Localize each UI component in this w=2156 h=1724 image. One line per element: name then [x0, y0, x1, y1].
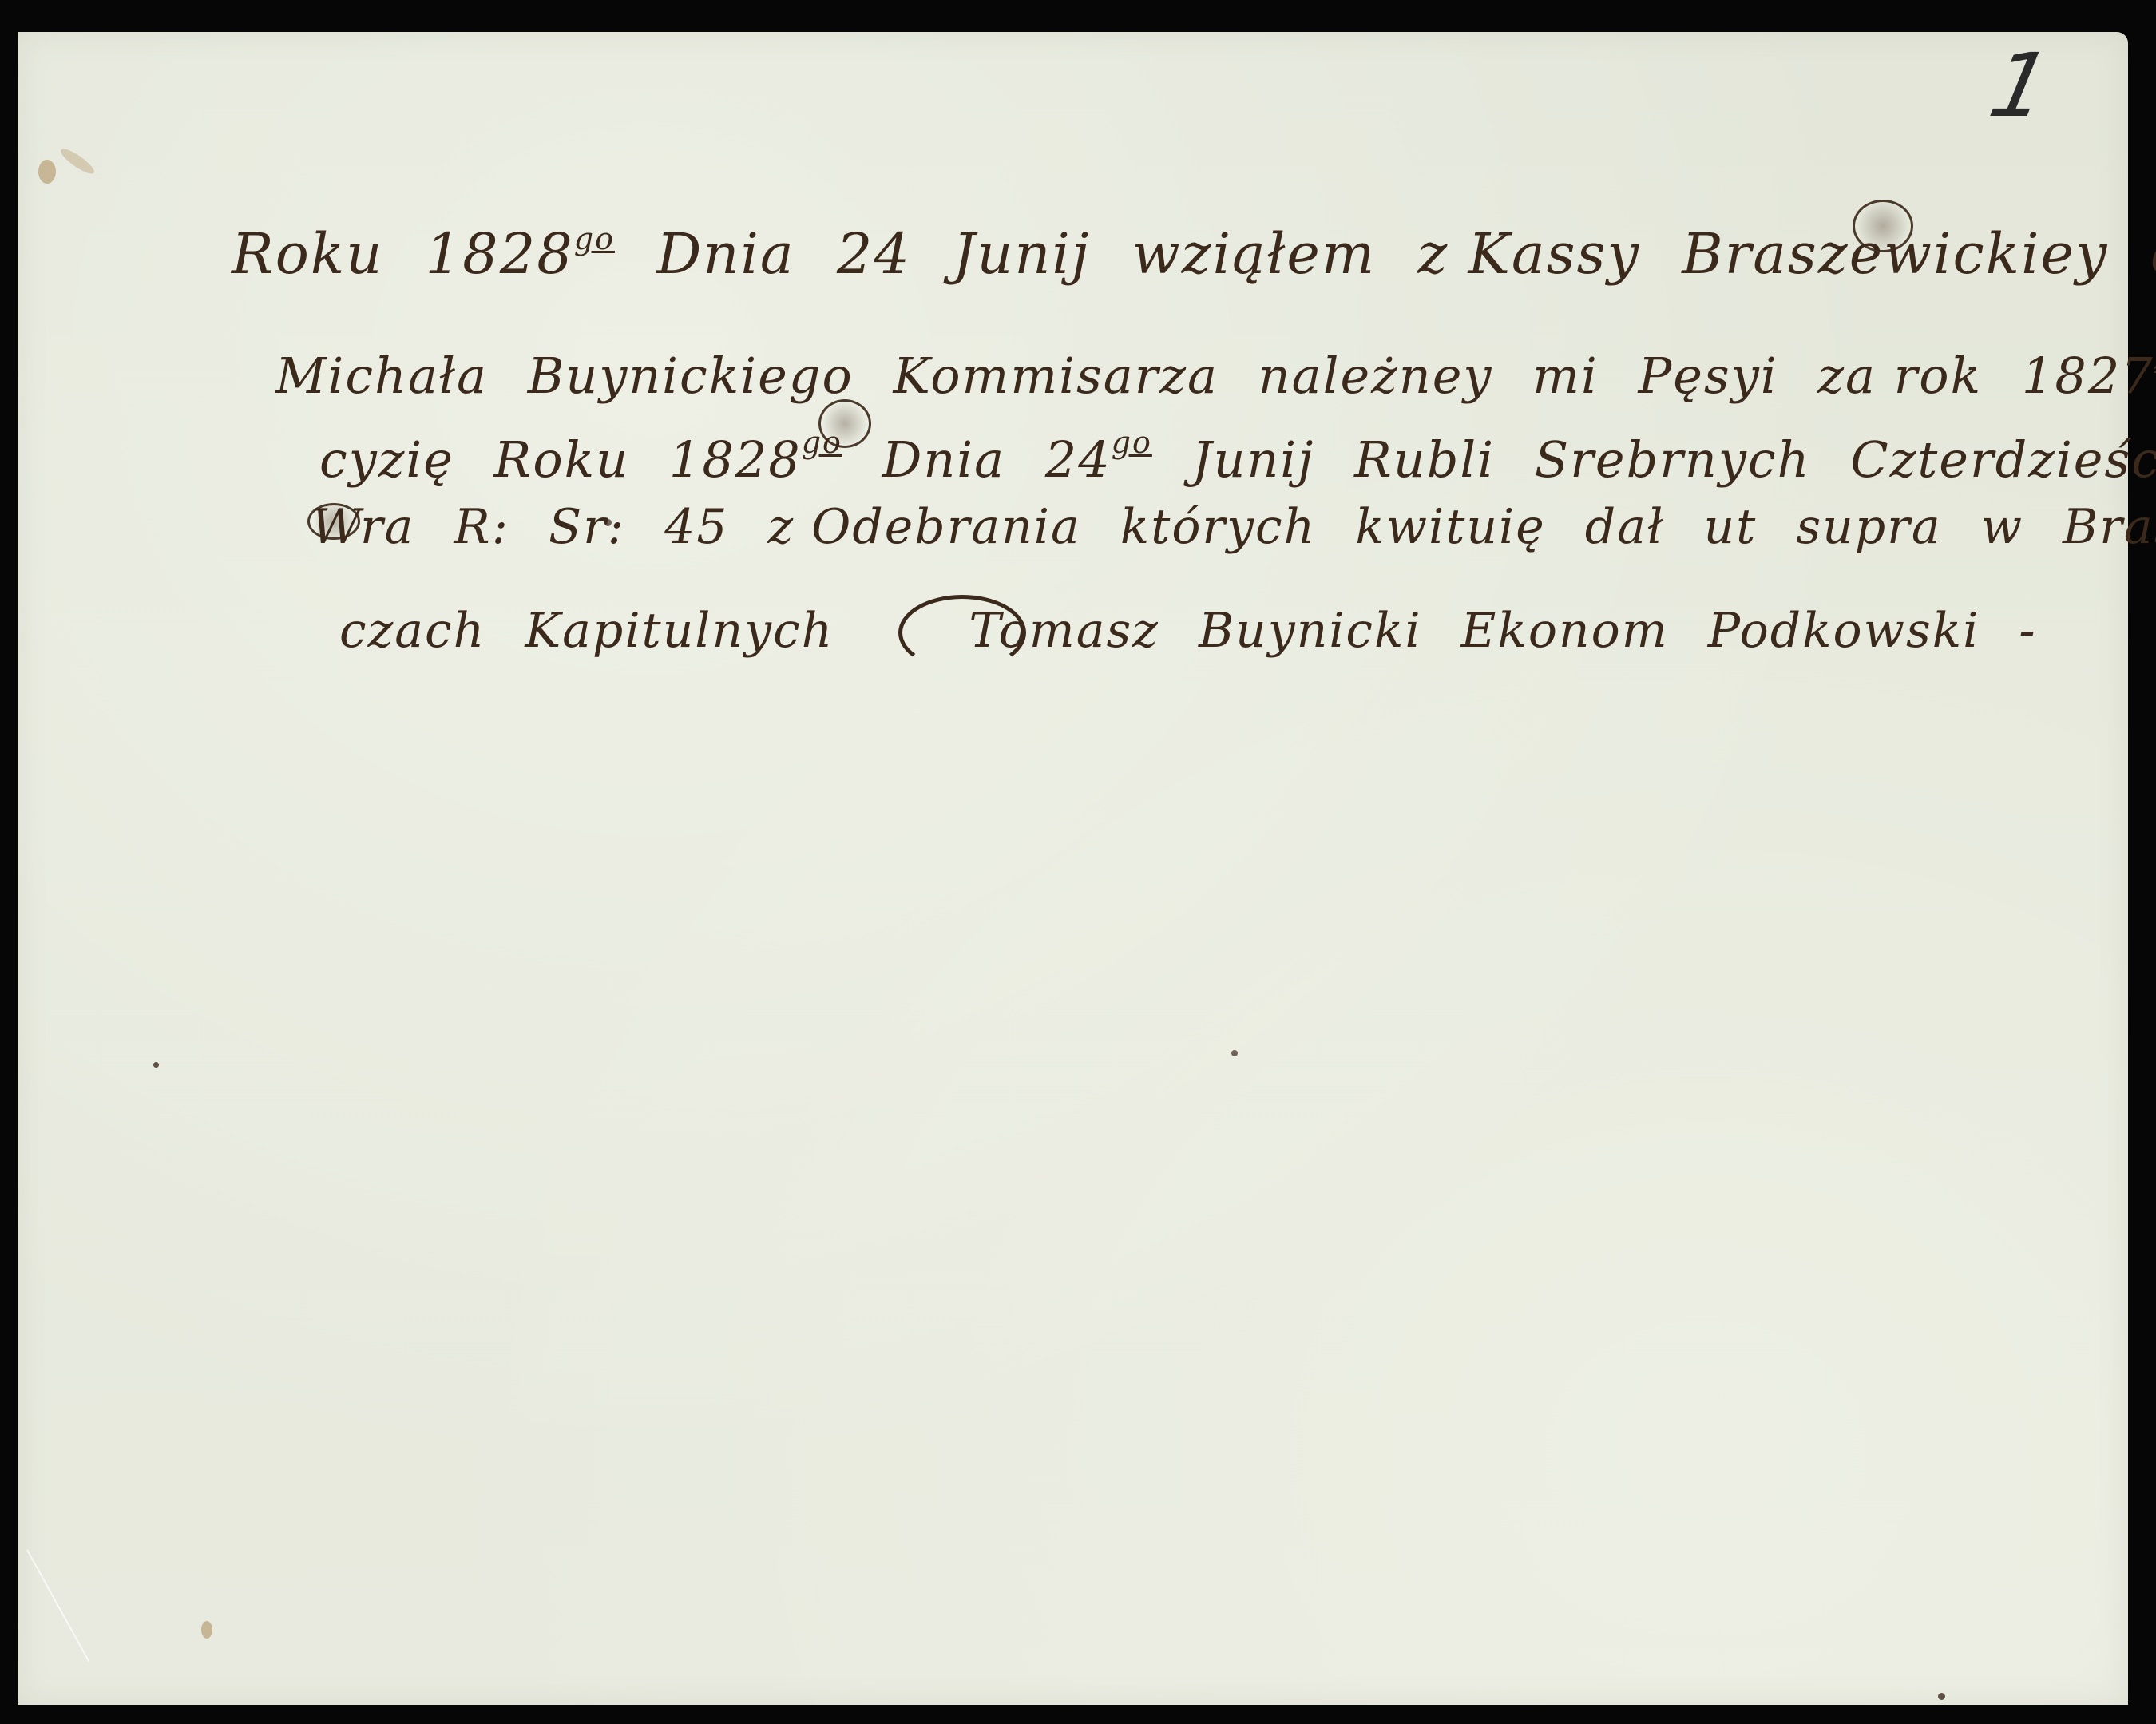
word: Michała [275, 351, 488, 401]
word: Pęsyi [1639, 351, 1778, 401]
word: od [2150, 226, 2156, 282]
word: ut [1704, 503, 1758, 551]
word: Wra [311, 503, 414, 551]
word: Srebrnych [1535, 435, 1811, 485]
text-line-2: Michała Buynickiego Kommisarza należney … [275, 343, 2156, 401]
text-line-4: Wra R: Sr: 45 z Odebrania których kwitui… [311, 503, 2156, 551]
month: Junij [953, 226, 1090, 282]
amount-words: Czterdzieście [1850, 435, 2156, 485]
signature-place: Podkowski [1708, 607, 1980, 655]
surname: Buynickiego [528, 351, 854, 401]
day: 24go [1045, 427, 1152, 485]
fold-crease [26, 1550, 89, 1663]
text-line-1: Roku 1828go Dnia 24 Junij wziąłem z Kass… [232, 224, 2156, 282]
year: 1828go [669, 427, 842, 485]
stain [38, 160, 56, 184]
word: należney [1258, 351, 1493, 401]
place-name: Braszewi- [2063, 503, 2156, 551]
text-line-3: cyzię Roku 1828go Dnia 24go Junij Rubli … [319, 427, 2156, 485]
dash: - [2019, 607, 2036, 655]
amount: 45 [664, 503, 728, 551]
word: w [1981, 503, 2023, 551]
word: z Odebrania [768, 503, 1081, 551]
word: Rubli [1354, 435, 1495, 485]
word: Kapitulnych [525, 607, 834, 655]
signature-title: Ekonom [1461, 607, 1669, 655]
word: mi [1532, 351, 1599, 401]
word: z Kassy [1417, 226, 1640, 282]
word: Dnia [882, 435, 1005, 485]
word: czach [339, 607, 485, 655]
word: Roku [494, 435, 630, 485]
year: 1827z [2022, 343, 2156, 401]
word: Kommisarza [894, 351, 1219, 401]
word: Dnia [656, 226, 795, 282]
word: wziąłem [1132, 226, 1376, 282]
word: R: [454, 503, 509, 551]
stain [58, 145, 97, 177]
stain [1938, 1693, 1945, 1700]
text-line-5: czach Kapitulnych Tomasz Buynicki Ekonom… [339, 607, 2059, 655]
signature-flourish [898, 595, 1026, 671]
word: za rok [1817, 351, 1982, 401]
day: 24 [837, 226, 911, 282]
word: dał [1585, 503, 1665, 551]
month: Junij [1192, 435, 1315, 485]
year: 1828go [426, 224, 615, 282]
word: kwituię [1355, 503, 1545, 551]
word: Sr: [549, 503, 625, 551]
word: cyzię [319, 435, 454, 485]
signature-surname: Buynicki [1199, 607, 1422, 655]
stain [1231, 1050, 1238, 1056]
word: których [1120, 503, 1316, 551]
word: Roku [232, 226, 383, 282]
word: supra [1796, 503, 1941, 551]
place-name: Braszewickiey [1682, 226, 2108, 282]
stain [153, 1062, 159, 1068]
stain [201, 1621, 212, 1639]
